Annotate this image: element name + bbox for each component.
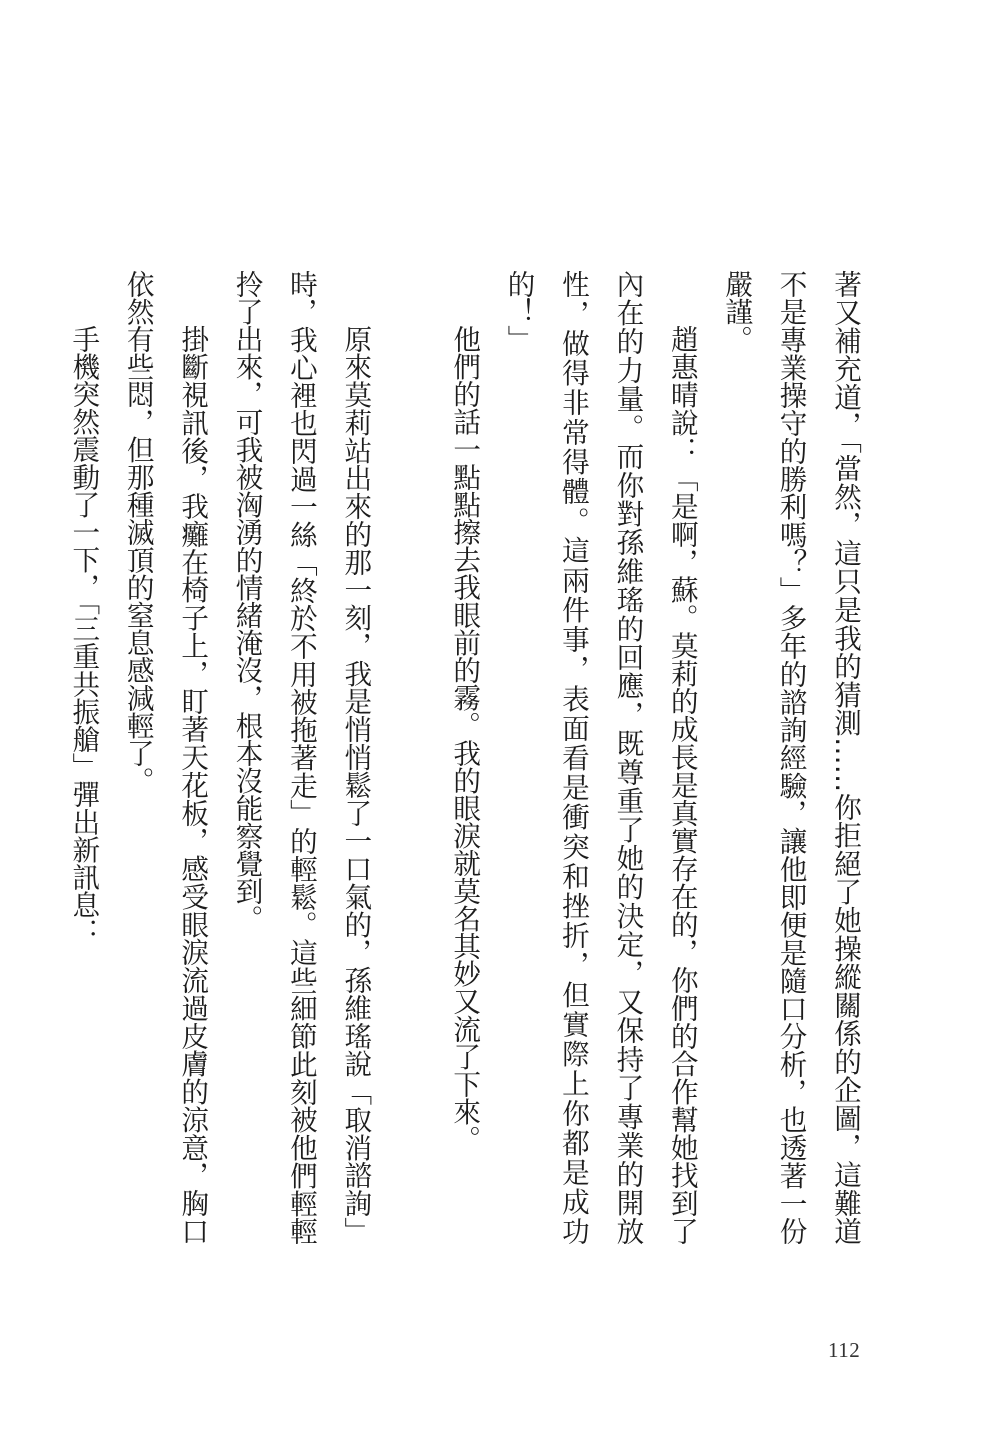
- vertical-text-body: 著又補充道，「當然，這只是我的猜測……你拒絕了她操縱關係的企圖，這難道不是專業操…: [56, 270, 872, 1245]
- page-number: 112: [828, 1338, 860, 1363]
- book-page: 著又補充道，「當然，這只是我的猜測……你拒絕了她操縱關係的企圖，這難道不是專業操…: [0, 0, 1000, 1429]
- paragraph-after-call: 掛斷視訊後，我癱在椅子上，盯著天花板，感受眼淚流過皮膚的涼意，胸口依然有些悶，但…: [110, 270, 219, 1245]
- paragraph-continuation: 著又補充道，「當然，這只是我的猜測……你拒絕了她操縱關係的企圖，這難道不是專業操…: [709, 270, 872, 1245]
- paragraph-zhao-huiqing-speech: 趙惠晴說：「是啊，蘇。莫莉的成長是真實存在的，你們的合作幫她找到了內在的力量。而…: [491, 270, 709, 1245]
- paragraph-phone-message: 手機突然震動了一下，「三重共振艙」彈出新訊息：: [56, 270, 110, 1245]
- paragraph-tears: 他們的話一點點擦去我眼前的霧。我的眼淚就莫名其妙又流了下來。: [437, 270, 491, 1245]
- paragraph-realization: 原來莫莉站出來的那一刻，我是悄悄鬆了一口氣的，孫維瑤說「取消諮詢」時，我心裡也閃…: [219, 270, 382, 1245]
